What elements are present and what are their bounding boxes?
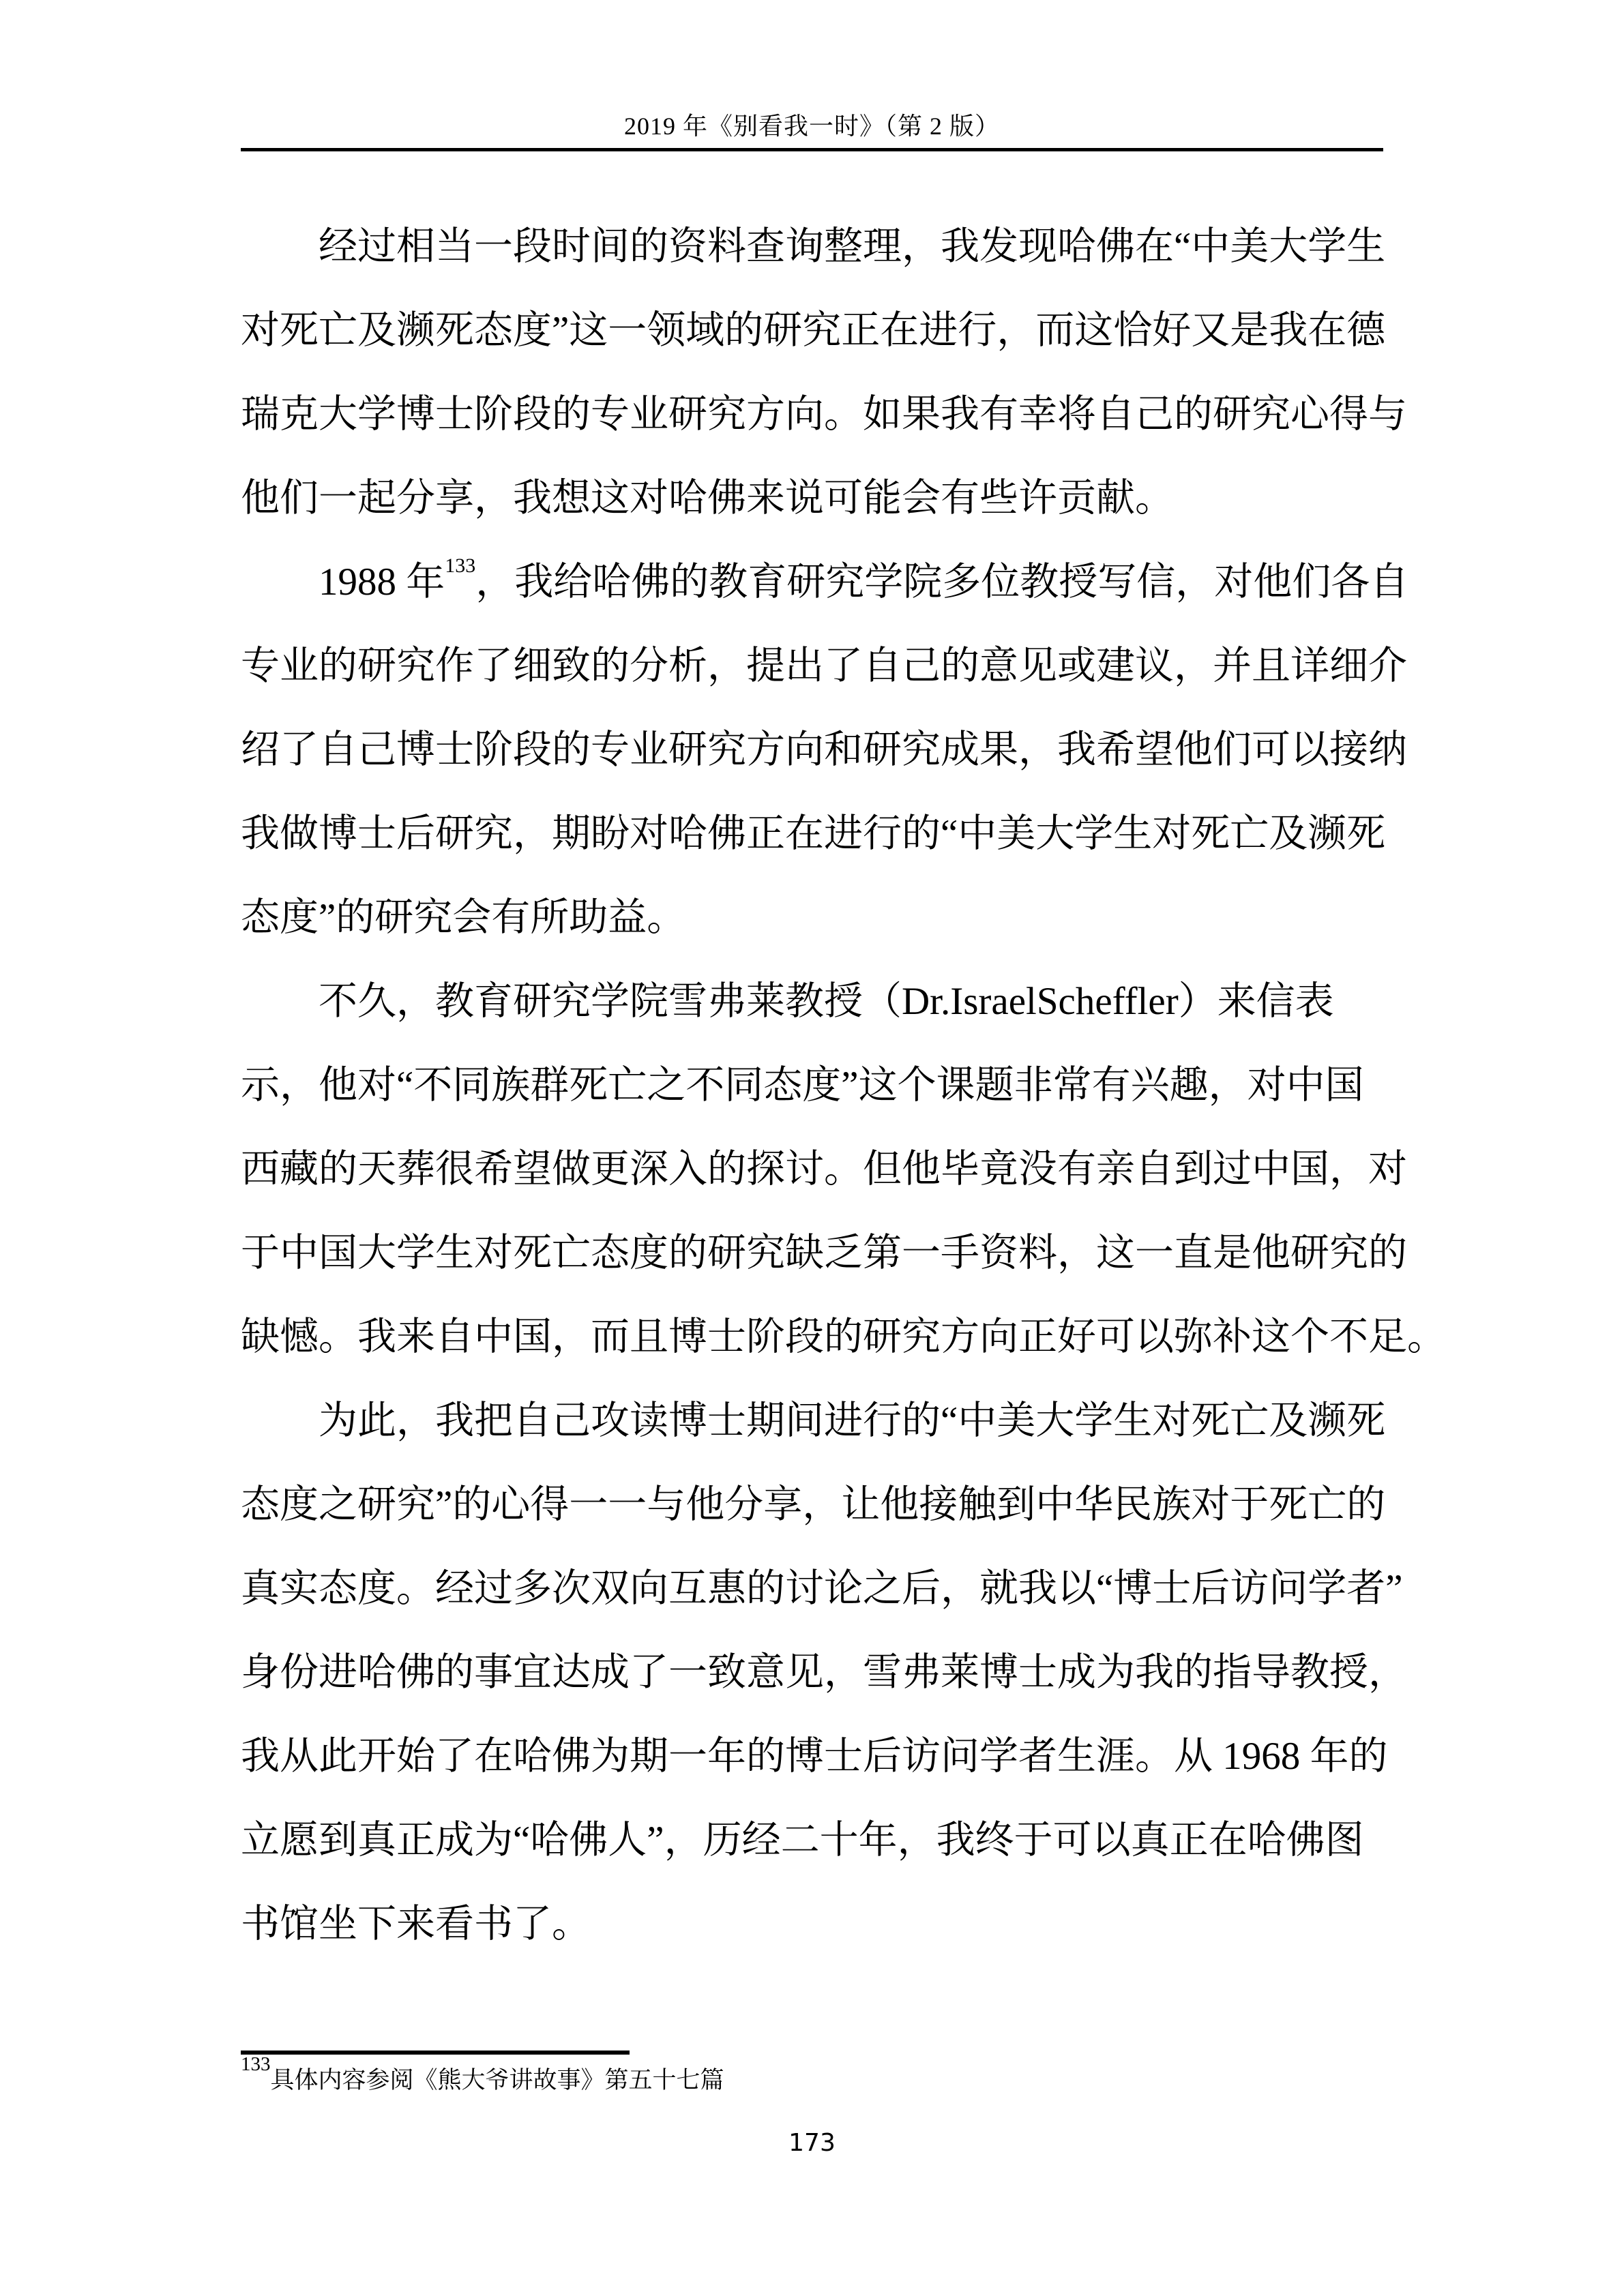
body-line: 西藏的天葬很希望做更深入的探讨。但他毕竟没有亲自到过中国，对 — [241, 1127, 1383, 1211]
footnote-text: 具体内容参阅《熊大爷讲故事》第五十七篇 — [271, 2067, 724, 2093]
body-line: 对死亡及濒死态度”这一领域的研究正在进行，而这恰好又是我在德 — [241, 288, 1383, 372]
body-line: 经过相当一段时间的资料查询整理，我发现哈佛在“中美大学生 — [241, 205, 1383, 288]
body-line: 身份进哈佛的事宜达成了一致意见，雪弗莱博士成为我的指导教授， — [241, 1630, 1383, 1714]
body-line: 我从此开始了在哈佛为期一年的博士后访问学者生涯。从 1968 年的 — [241, 1714, 1383, 1798]
footnote-text-line: 133具体内容参阅《熊大爷讲故事》第五十七篇 — [241, 2064, 1383, 2097]
body-line: 书馆坐下来看书了。 — [241, 1882, 1383, 1966]
body-line: 绍了自己博士阶段的专业研究方向和研究成果，我希望他们可以接纳 — [241, 708, 1383, 792]
body-text: ，我给哈佛的教育研究学院多位教授写信，对他们各自 — [475, 561, 1408, 603]
footnote-marker: 133 — [241, 2053, 271, 2075]
footnote-separator-rule — [241, 2051, 630, 2055]
body-line: 为此，我把自己攻读博士期间进行的“中美大学生对死亡及濒死 — [241, 1379, 1383, 1463]
body-line: 我做博士后研究，期盼对哈佛正在进行的“中美大学生对死亡及濒死 — [241, 792, 1383, 876]
book-page: { "header": { "title": "2019 年《别看我一时》（第 … — [0, 0, 1624, 2296]
body-line: 瑞克大学博士阶段的专业研究方向。如果我有幸将自己的研究心得与 — [241, 372, 1383, 456]
body-line: 他们一起分享，我想这对哈佛来说可能会有些许贡献。 — [241, 456, 1383, 540]
body-line: 态度”的研究会有所助益。 — [241, 876, 1383, 959]
body-line: 态度之研究”的心得一一与他分享，让他接触到中华民族对于死亡的 — [241, 1463, 1383, 1547]
body-line: 于中国大学生对死亡态度的研究缺乏第一手资料，这一直是他研究的 — [241, 1211, 1383, 1295]
page-number: 173 — [0, 2129, 1624, 2157]
body-line: 不久，教育研究学院雪弗莱教授（Dr.IsraelScheffler）来信表 — [241, 959, 1383, 1043]
header-title: 2019 年《别看我一时》（第 2 版） — [624, 113, 1000, 140]
body-line: 真实态度。经过多次双向互惠的讨论之后，就我以“博士后访问学者” — [241, 1547, 1383, 1630]
footnote-ref-superscript: 133 — [445, 554, 475, 577]
body-line: 1988 年133，我给哈佛的教育研究学院多位教授写信，对他们各自 — [241, 540, 1383, 624]
footnote-area: 133具体内容参阅《熊大爷讲故事》第五十七篇 — [241, 2051, 1383, 2097]
body-line: 立愿到真正成为“哈佛人”，历经二十年，我终于可以真正在哈佛图 — [241, 1798, 1383, 1882]
body-line: 缺憾。我来自中国，而且博士阶段的研究方向正好可以弥补这个不足。 — [241, 1295, 1383, 1379]
page-header: 2019 年《别看我一时》（第 2 版） — [241, 108, 1383, 151]
body-line: 专业的研究作了细致的分析，提出了自己的意见或建议，并且详细介 — [241, 624, 1383, 708]
page-body: 经过相当一段时间的资料查询整理，我发现哈佛在“中美大学生 对死亡及濒死态度”这一… — [241, 205, 1383, 1966]
body-text: 1988 年 — [241, 561, 445, 603]
body-line: 示，他对“不同族群死亡之不同态度”这个课题非常有兴趣，对中国 — [241, 1043, 1383, 1127]
